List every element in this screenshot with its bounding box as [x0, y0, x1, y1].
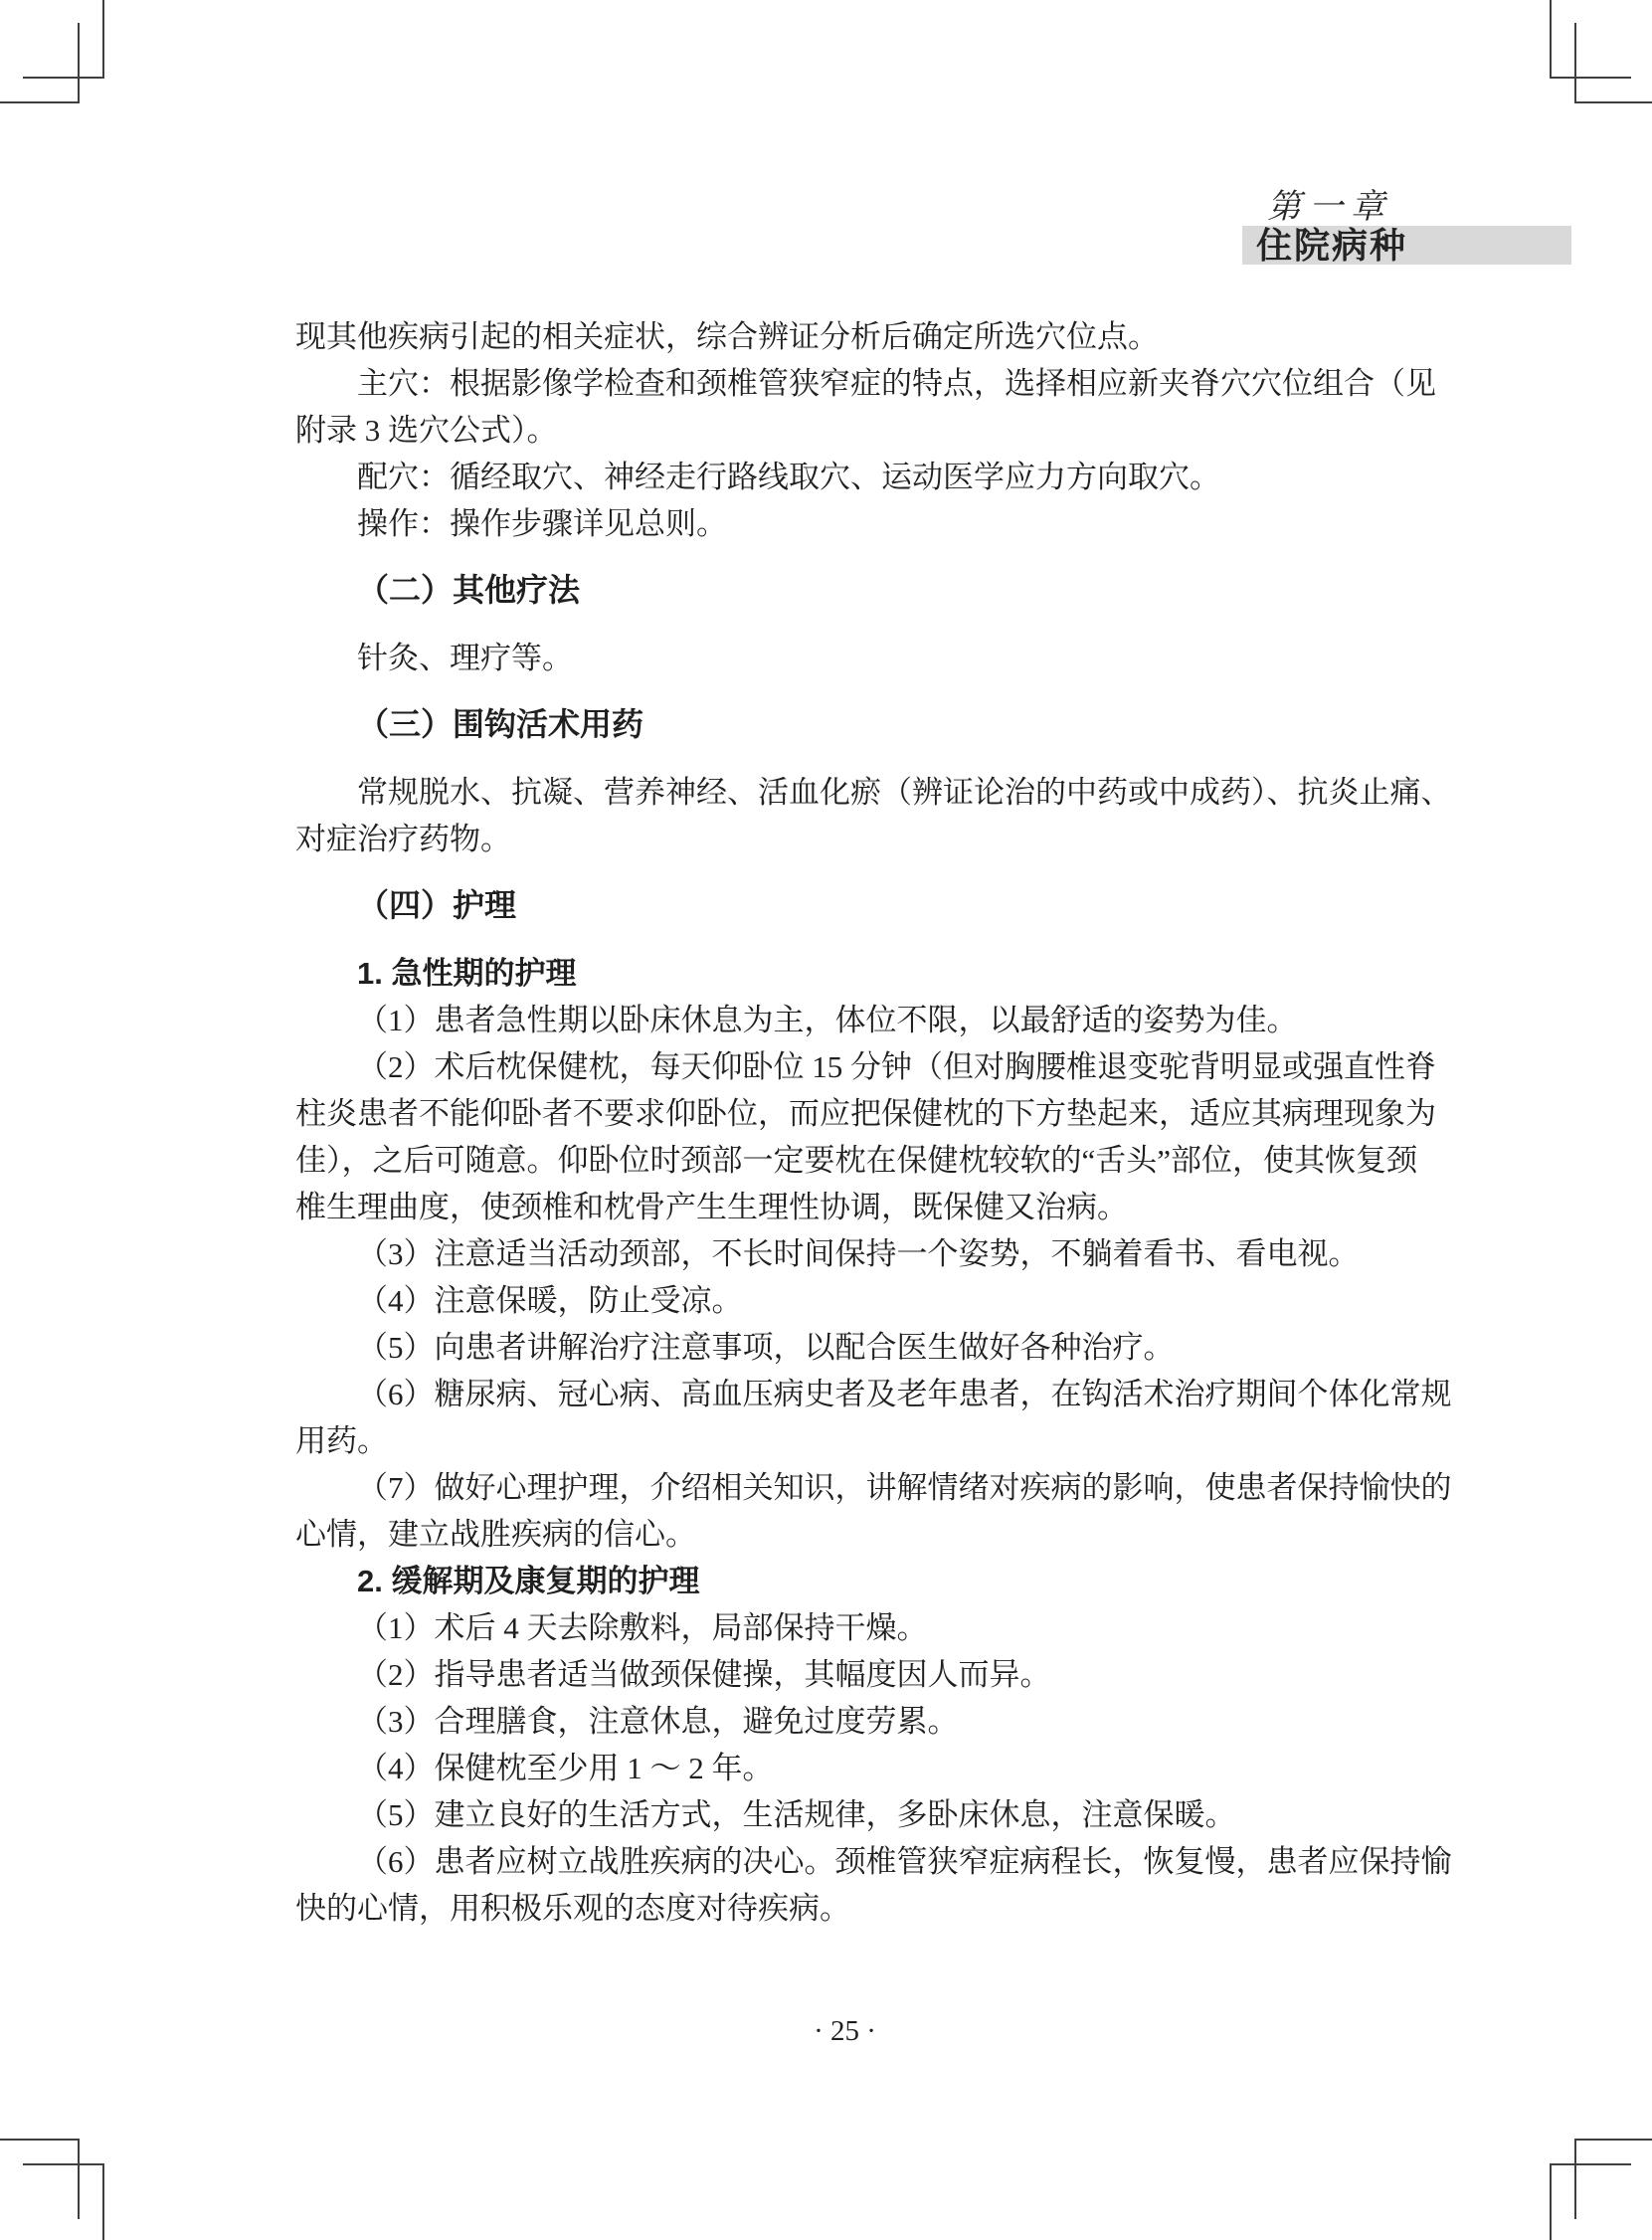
text-line: （1）术后 4 天去除敷料，局部保持干燥。 — [295, 1604, 1394, 1651]
trim-mark-top-right-inner — [1574, 23, 1652, 103]
text-line: （6）糖尿病、冠心病、高血压病史者及老年患者，在钩活术治疗期间个体化常规 — [295, 1371, 1394, 1417]
text-line: （5）向患者讲解治疗注意事项，以配合医生做好各种治疗。 — [295, 1324, 1394, 1371]
text-line: 常规脱水、抗凝、营养神经、活血化瘀（辨证论治的中药或中成药）、抗炎止痛、 — [295, 769, 1394, 816]
page-number: · 25 · — [295, 2015, 1394, 2048]
text-line: （5）建立良好的生活方式，生活规律，多卧床休息，注意保暖。 — [295, 1791, 1394, 1838]
subheading-line: 1. 急性期的护理 — [295, 950, 1394, 997]
heading-line: （四）护理 — [295, 882, 1394, 929]
text-line: （4）注意保暖，防止受凉。 — [295, 1277, 1394, 1324]
trim-mark-bottom-left-inner — [0, 2139, 80, 2219]
text-line: 现其他疾病引起的相关症状，综合辨证分析后确定所选穴位点。 — [295, 313, 1394, 360]
text-line: （4）保健枕至少用 1 ～ 2 年。 — [295, 1745, 1394, 1791]
running-head-chapter-label: 第一章 — [1094, 179, 1392, 228]
text-line: 椎生理曲度，使颈椎和枕骨产生生理性协调，既保健又治病。 — [295, 1184, 1394, 1230]
text-line: （1）患者急性期以卧床休息为主，体位不限，以最舒适的姿势为佳。 — [295, 997, 1394, 1043]
document-page: 第一章 住院病种 现其他疾病引起的相关症状，综合辨证分析后确定所选穴位点。主穴：… — [0, 0, 1652, 2240]
text-line: （6）患者应树立战胜疾病的决心。颈椎管狭窄症病程长，恢复慢，患者应保持愉 — [295, 1838, 1394, 1885]
text-column: 现其他疾病引起的相关症状，综合辨证分析后确定所选穴位点。主穴：根据影像学检查和颈… — [295, 313, 1394, 1932]
text-line: 心情，建立战胜疾病的信心。 — [295, 1511, 1394, 1558]
running-head-chapter-title: 住院病种 — [1242, 226, 1571, 266]
text-line: （3）注意适当活动颈部，不长时间保持一个姿势，不躺着看书、看电视。 — [295, 1230, 1394, 1277]
text-line: （3）合理膳食，注意休息，避免过度劳累。 — [295, 1698, 1394, 1745]
text-line: 佳），之后可随意。仰卧位时颈部一定要枕在保健枕较软的“舌头”部位，使其恢复颈 — [295, 1137, 1394, 1184]
heading-line: （二）其他疗法 — [295, 567, 1394, 614]
text-line: （2）指导患者适当做颈保健操，其幅度因人而异。 — [295, 1651, 1394, 1698]
text-line: （2）术后枕保健枕，每天仰卧位 15 分钟（但对胸腰椎退变驼背明显或强直性脊 — [295, 1043, 1394, 1090]
text-line: 用药。 — [295, 1417, 1394, 1464]
subheading-line: 2. 缓解期及康复期的护理 — [295, 1558, 1394, 1604]
text-line: 针灸、理疗等。 — [295, 635, 1394, 681]
text-line: 附录 3 选穴公式）。 — [295, 407, 1394, 454]
text-line: 配穴：循经取穴、神经走行路线取穴、运动医学应力方向取穴。 — [295, 454, 1394, 500]
heading-line: （三）围钩活术用药 — [295, 701, 1394, 748]
text-line: 柱炎患者不能仰卧者不要求仰卧位，而应把保健枕的下方垫起来，适应其病理现象为 — [295, 1090, 1394, 1137]
text-line: 主穴：根据影像学检查和颈椎管狭窄症的特点，选择相应新夹脊穴穴位组合（见 — [295, 360, 1394, 407]
text-line: 对症治疗药物。 — [295, 816, 1394, 862]
trim-mark-bottom-right-inner — [1574, 2139, 1652, 2219]
text-line: 快的心情，用积极乐观的态度对待疾病。 — [295, 1885, 1394, 1932]
running-head-bar: 住院病种 — [1242, 226, 1571, 265]
trim-mark-top-left-inner — [0, 23, 80, 103]
text-line: （7）做好心理护理，介绍相关知识，讲解情绪对疾病的影响，使患者保持愉快的 — [295, 1464, 1394, 1511]
text-line: 操作：操作步骤详见总则。 — [295, 500, 1394, 547]
